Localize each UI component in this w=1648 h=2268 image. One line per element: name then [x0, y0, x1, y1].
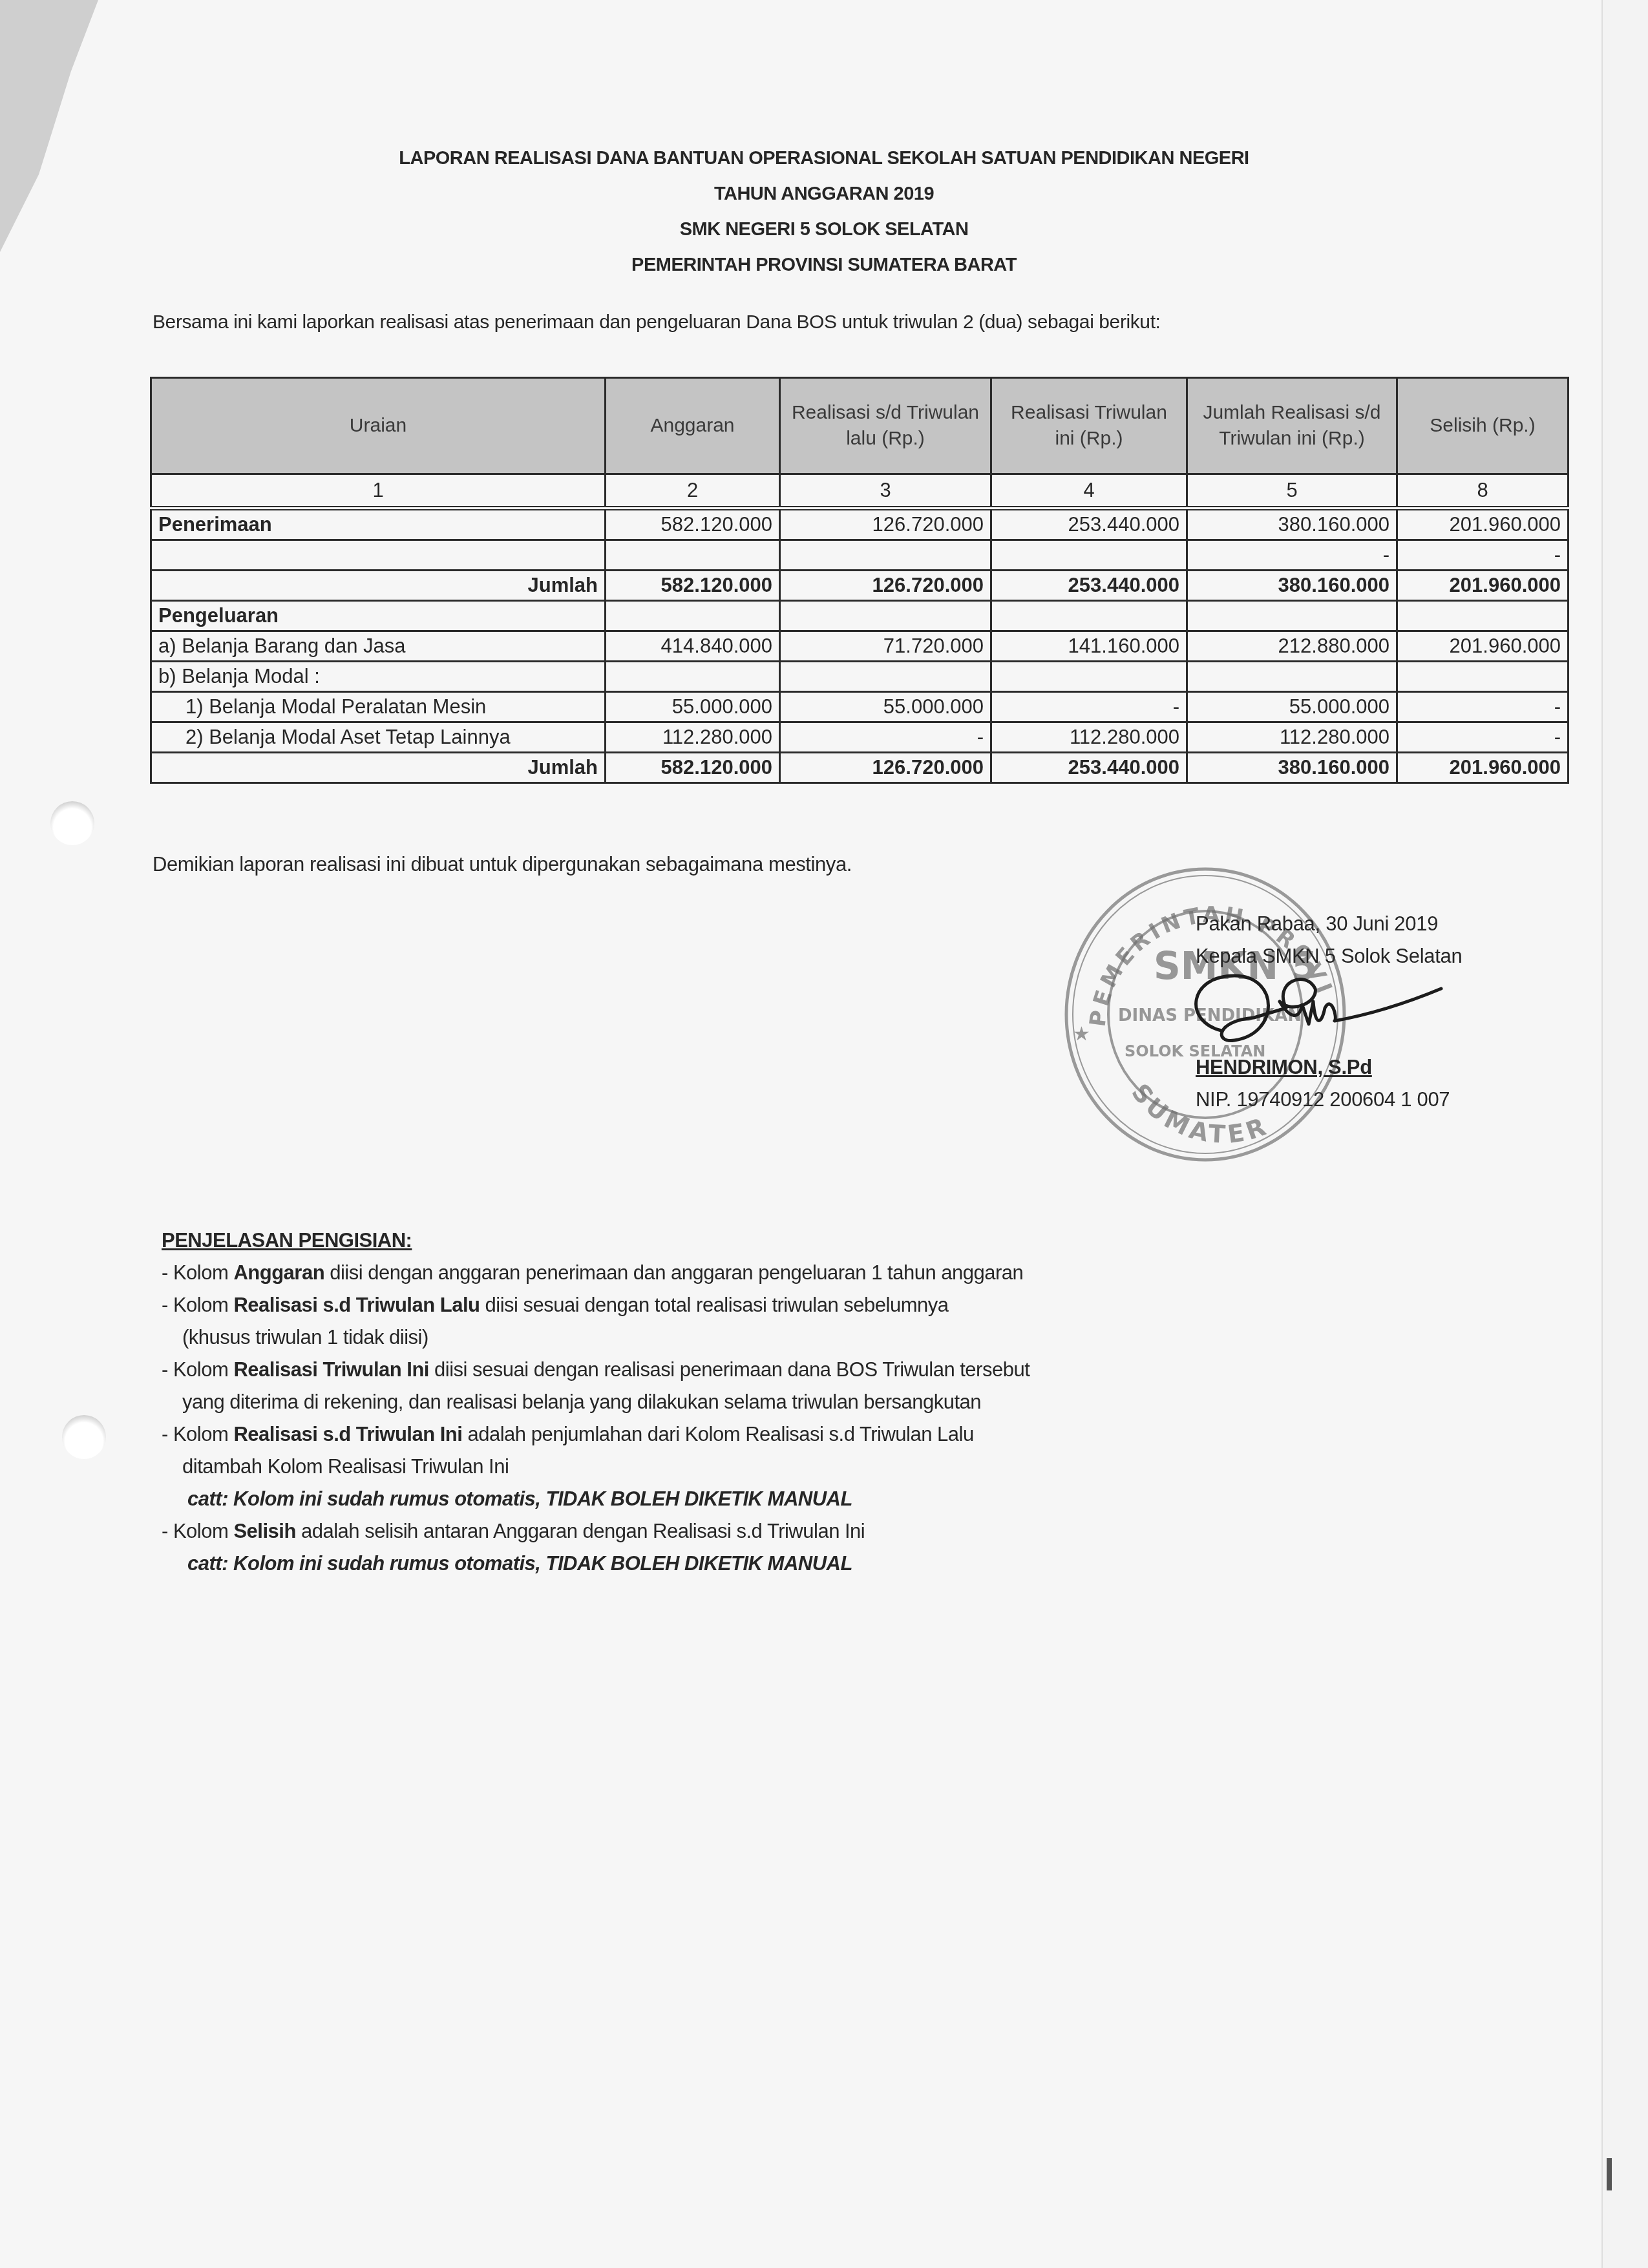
cell-realisasi-lalu: -	[780, 722, 991, 753]
cell-realisasi-lalu: 55.000.000	[780, 692, 991, 722]
cell-realisasi-lalu: 71.720.000	[780, 631, 991, 662]
cell-realisasi-ini: 253.440.000	[991, 571, 1187, 601]
instruction-text: diisi sesuai dengan total realisasi triw…	[480, 1294, 948, 1316]
row-label: b) Belanja Modal :	[151, 662, 606, 692]
cell-selisih	[1397, 601, 1569, 631]
title-line: PEMERINTAH PROVINSI SUMATERA BARAT	[0, 247, 1648, 283]
cell-selisih: 201.960.000	[1397, 631, 1569, 662]
instruction-note: catt: Kolom ini sudah rumus otomatis, TI…	[162, 1548, 1030, 1580]
cell-anggaran: 55.000.000	[606, 692, 780, 722]
column-number: 4	[991, 474, 1187, 509]
column-number: 3	[780, 474, 991, 509]
header-jumlah-realisasi: Jumlah Realisasi s/d Triwulan ini (Rp.)	[1187, 378, 1397, 474]
cell-anggaran	[606, 662, 780, 692]
header-anggaran: Anggaran	[606, 378, 780, 474]
cell-realisasi-ini: -	[991, 692, 1187, 722]
table-row-jumlah-pengeluaran: Jumlah 582.120.000 126.720.000 253.440.0…	[151, 753, 1569, 783]
cell-realisasi-ini: 112.280.000	[991, 722, 1187, 753]
cell-anggaran	[606, 540, 780, 571]
punch-hole-icon	[50, 801, 94, 845]
cell-selisih: -	[1397, 692, 1569, 722]
cell-jumlah-realisasi: 55.000.000	[1187, 692, 1397, 722]
cell-jumlah-realisasi: 112.280.000	[1187, 722, 1397, 753]
instruction-prefix: - Kolom	[162, 1358, 233, 1381]
cell-realisasi-ini	[991, 601, 1187, 631]
cell-selisih: 201.960.000	[1397, 753, 1569, 783]
cell-jumlah-realisasi: 380.160.000	[1187, 509, 1397, 540]
instruction-prefix: - Kolom	[162, 1423, 233, 1445]
title-line: TAHUN ANGGARAN 2019	[0, 176, 1648, 212]
cell-realisasi-ini	[991, 662, 1187, 692]
instruction-column-name: Anggaran	[233, 1261, 324, 1284]
cell-realisasi-lalu	[780, 662, 991, 692]
table-row-belanja-modal: b) Belanja Modal :	[151, 662, 1569, 692]
column-number: 2	[606, 474, 780, 509]
instruction-prefix: - Kolom	[162, 1520, 233, 1542]
instruction-item: - Kolom Selisih adalah selisih antaran A…	[162, 1515, 1030, 1548]
title-line: SMK NEGERI 5 SOLOK SELATAN	[0, 212, 1648, 247]
instruction-text: adalah selisih antaran Anggaran dengan R…	[296, 1520, 865, 1542]
instruction-text: diisi sesuai dengan realisasi penerimaan…	[429, 1358, 1030, 1381]
closing-statement: Demikian laporan realisasi ini dibuat un…	[153, 853, 852, 876]
cell-anggaran: 582.120.000	[606, 753, 780, 783]
place-date: Pakan Rabaa, 30 Juni 2019	[1196, 908, 1462, 940]
table-row-aset-tetap-lainnya: 2) Belanja Modal Aset Tetap Lainnya 112.…	[151, 722, 1569, 753]
signature-block: Pakan Rabaa, 30 Juni 2019 Kepala SMKN 5 …	[1196, 908, 1462, 1116]
row-label: 2) Belanja Modal Aset Tetap Lainnya	[151, 722, 606, 753]
table-row-pengeluaran: Pengeluaran	[151, 601, 1569, 631]
header-selisih: Selisih (Rp.)	[1397, 378, 1569, 474]
cell-anggaran: 112.280.000	[606, 722, 780, 753]
page-edge	[1601, 0, 1648, 2268]
cell-realisasi-lalu	[780, 601, 991, 631]
scan-artifact	[1607, 2158, 1612, 2190]
cell-realisasi-ini: 253.440.000	[991, 753, 1187, 783]
instruction-prefix: - Kolom	[162, 1261, 233, 1284]
header-uraian: Uraian	[151, 378, 606, 474]
intro-paragraph: Bersama ini kami laporkan realisasi atas…	[153, 311, 1161, 333]
cell-anggaran: 582.120.000	[606, 509, 780, 540]
instructions-heading: PENJELASAN PENGISIAN:	[162, 1224, 1030, 1257]
instruction-column-name: Realisasi Triwulan Ini	[233, 1358, 429, 1381]
row-label: Jumlah	[151, 753, 606, 783]
cell-selisih: 201.960.000	[1397, 571, 1569, 601]
row-label: 1) Belanja Modal Peralatan Mesin	[151, 692, 606, 722]
cell-realisasi-lalu: 126.720.000	[780, 753, 991, 783]
cell-jumlah-realisasi	[1187, 601, 1397, 631]
instruction-item: - Kolom Realisasi Triwulan Ini diisi ses…	[162, 1354, 1030, 1386]
punch-hole-icon	[62, 1415, 106, 1459]
cell-selisih	[1397, 662, 1569, 692]
column-number: 5	[1187, 474, 1397, 509]
cell-realisasi-lalu	[780, 540, 991, 571]
table-row-peralatan-mesin: 1) Belanja Modal Peralatan Mesin 55.000.…	[151, 692, 1569, 722]
row-label	[151, 540, 606, 571]
cell-selisih: 201.960.000	[1397, 509, 1569, 540]
header-realisasi-lalu: Realisasi s/d Triwulan lalu (Rp.)	[780, 378, 991, 474]
realization-table: Uraian Anggaran Realisasi s/d Triwulan l…	[150, 377, 1569, 784]
table-row-jumlah-penerimaan: Jumlah 582.120.000 126.720.000 253.440.0…	[151, 571, 1569, 601]
table-row-belanja-barang-jasa: a) Belanja Barang dan Jasa 414.840.000 7…	[151, 631, 1569, 662]
row-label: Jumlah	[151, 571, 606, 601]
cell-anggaran: 582.120.000	[606, 571, 780, 601]
instruction-column-name: Realisasi s.d Triwulan Lalu	[233, 1294, 480, 1316]
cell-selisih: -	[1397, 722, 1569, 753]
cell-jumlah-realisasi: -	[1187, 540, 1397, 571]
instruction-continuation: ditambah Kolom Realisasi Triwulan Ini	[162, 1451, 1030, 1483]
cell-realisasi-lalu: 126.720.000	[780, 509, 991, 540]
instruction-continuation: (khusus triwulan 1 tidak diisi)	[162, 1321, 1030, 1354]
cell-jumlah-realisasi: 212.880.000	[1187, 631, 1397, 662]
row-label: Penerimaan	[151, 509, 606, 540]
cell-realisasi-lalu: 126.720.000	[780, 571, 991, 601]
signer-name: HENDRIMON, S.Pd	[1196, 1051, 1462, 1084]
cell-selisih: -	[1397, 540, 1569, 571]
instruction-continuation: yang diterima di rekening, dan realisasi…	[162, 1386, 1030, 1418]
column-number-row: 1 2 3 4 5 8	[151, 474, 1569, 509]
filling-instructions: PENJELASAN PENGISIAN: - Kolom Anggaran d…	[162, 1224, 1030, 1580]
instruction-text: diisi dengan anggaran penerimaan dan ang…	[324, 1261, 1023, 1284]
instruction-column-name: Selisih	[233, 1520, 295, 1542]
instruction-prefix: - Kolom	[162, 1294, 233, 1316]
svg-text:★: ★	[1073, 1023, 1090, 1045]
report-title: LAPORAN REALISASI DANA BANTUAN OPERASION…	[0, 141, 1648, 283]
cell-jumlah-realisasi: 380.160.000	[1187, 753, 1397, 783]
instruction-note: catt: Kolom ini sudah rumus otomatis, TI…	[162, 1483, 1030, 1515]
cell-realisasi-ini: 141.160.000	[991, 631, 1187, 662]
instruction-item: - Kolom Realisasi s.d Triwulan Lalu diis…	[162, 1289, 1030, 1321]
title-line: LAPORAN REALISASI DANA BANTUAN OPERASION…	[0, 141, 1648, 176]
cell-anggaran	[606, 601, 780, 631]
row-label: a) Belanja Barang dan Jasa	[151, 631, 606, 662]
signer-nip: NIP. 19740912 200604 1 007	[1196, 1084, 1462, 1116]
cell-realisasi-ini: 253.440.000	[991, 509, 1187, 540]
table-header-row: Uraian Anggaran Realisasi s/d Triwulan l…	[151, 378, 1569, 474]
cell-anggaran: 414.840.000	[606, 631, 780, 662]
row-label: Pengeluaran	[151, 601, 606, 631]
header-realisasi-ini: Realisasi Triwulan ini (Rp.)	[991, 378, 1187, 474]
instructions-list: - Kolom Anggaran diisi dengan anggaran p…	[162, 1257, 1030, 1580]
cell-realisasi-ini	[991, 540, 1187, 571]
signer-position: Kepala SMKN 5 Solok Selatan	[1196, 940, 1462, 972]
instruction-item: - Kolom Realisasi s.d Triwulan Ini adala…	[162, 1418, 1030, 1451]
instruction-item: - Kolom Anggaran diisi dengan anggaran p…	[162, 1257, 1030, 1289]
instruction-column-name: Realisasi s.d Triwulan Ini	[233, 1423, 462, 1445]
cell-jumlah-realisasi: 380.160.000	[1187, 571, 1397, 601]
column-number: 8	[1397, 474, 1569, 509]
table-row-blank: - -	[151, 540, 1569, 571]
cell-jumlah-realisasi	[1187, 662, 1397, 692]
column-number: 1	[151, 474, 606, 509]
instruction-text: adalah penjumlahan dari Kolom Realisasi …	[462, 1423, 973, 1445]
table-row-penerimaan: Penerimaan 582.120.000 126.720.000 253.4…	[151, 509, 1569, 540]
